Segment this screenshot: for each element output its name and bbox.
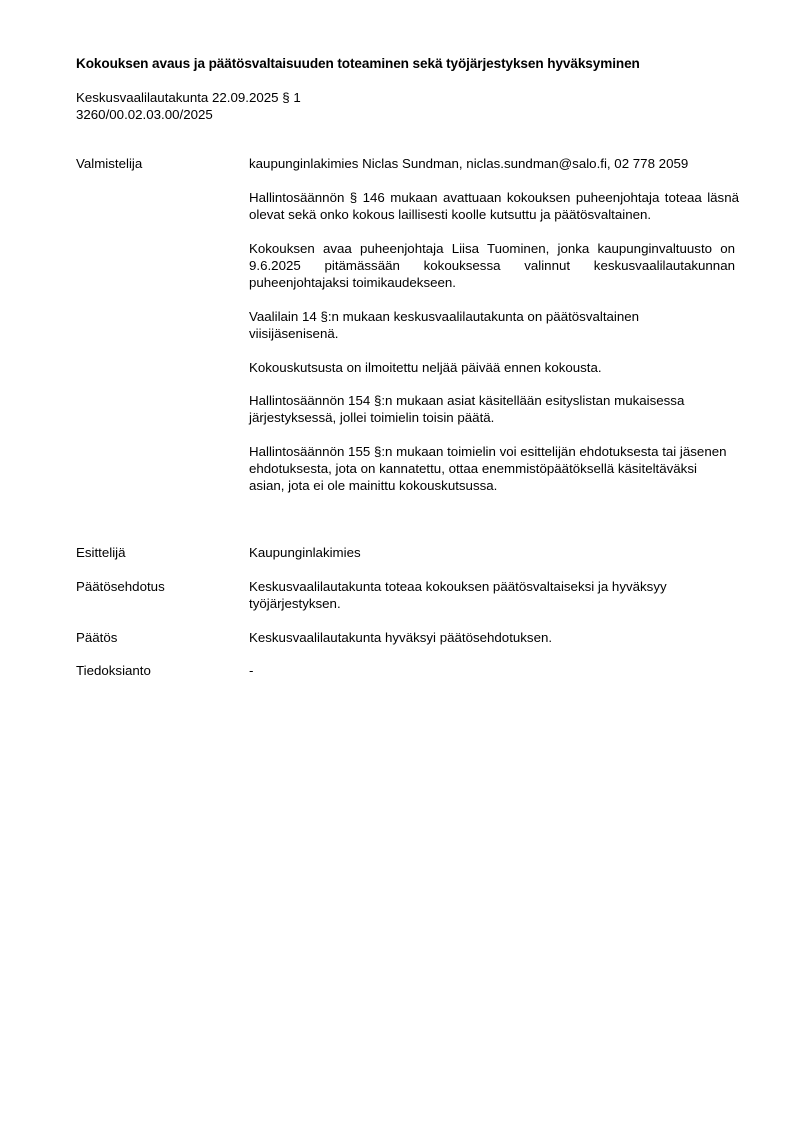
- decision-value: Keskusvaalilautakunta hyväksyi päätösehd…: [249, 630, 736, 647]
- preparer-label: Valmistelija: [76, 156, 142, 173]
- proposal-label: Päätösehdotus: [76, 579, 165, 596]
- paragraph-rules-155: Hallintosäännön 155 §:n mukaan toimielin…: [249, 444, 734, 494]
- paragraph-rules-146: Hallintosäännön § 146 mukaan avattuaan k…: [249, 190, 739, 224]
- presenter-label: Esittelijä: [76, 545, 126, 562]
- preparer-value: kaupunginlakimies Niclas Sundman, niclas…: [249, 156, 736, 173]
- meeting-line: Keskusvaalilautakunta 22.09.2025 § 1: [76, 90, 301, 107]
- record-number: 3260/00.02.03.00/2025: [76, 107, 301, 124]
- document-title: Kokouksen avaus ja päätösvaltaisuuden to…: [76, 55, 640, 72]
- paragraph-election-act-14: Vaalilain 14 §:n mukaan keskusvaalilauta…: [249, 309, 689, 343]
- decision-label: Päätös: [76, 630, 117, 647]
- notification-label: Tiedoksianto: [76, 663, 151, 680]
- document-page: Kokouksen avaus ja päätösvaltaisuuden to…: [0, 0, 794, 1122]
- proposal-value: Keskusvaalilautakunta toteaa kokouksen p…: [249, 579, 719, 613]
- notification-value: -: [249, 663, 736, 680]
- document-meta: Keskusvaalilautakunta 22.09.2025 § 1 326…: [76, 90, 301, 124]
- paragraph-chair-opening: Kokouksen avaa puheenjohtaja Liisa Tuomi…: [249, 241, 735, 291]
- paragraph-rules-154: Hallintosäännön 154 §:n mukaan asiat käs…: [249, 393, 739, 427]
- presenter-value: Kaupunginlakimies: [249, 545, 736, 562]
- paragraph-invitation: Kokouskutsusta on ilmoitettu neljää päiv…: [249, 360, 739, 377]
